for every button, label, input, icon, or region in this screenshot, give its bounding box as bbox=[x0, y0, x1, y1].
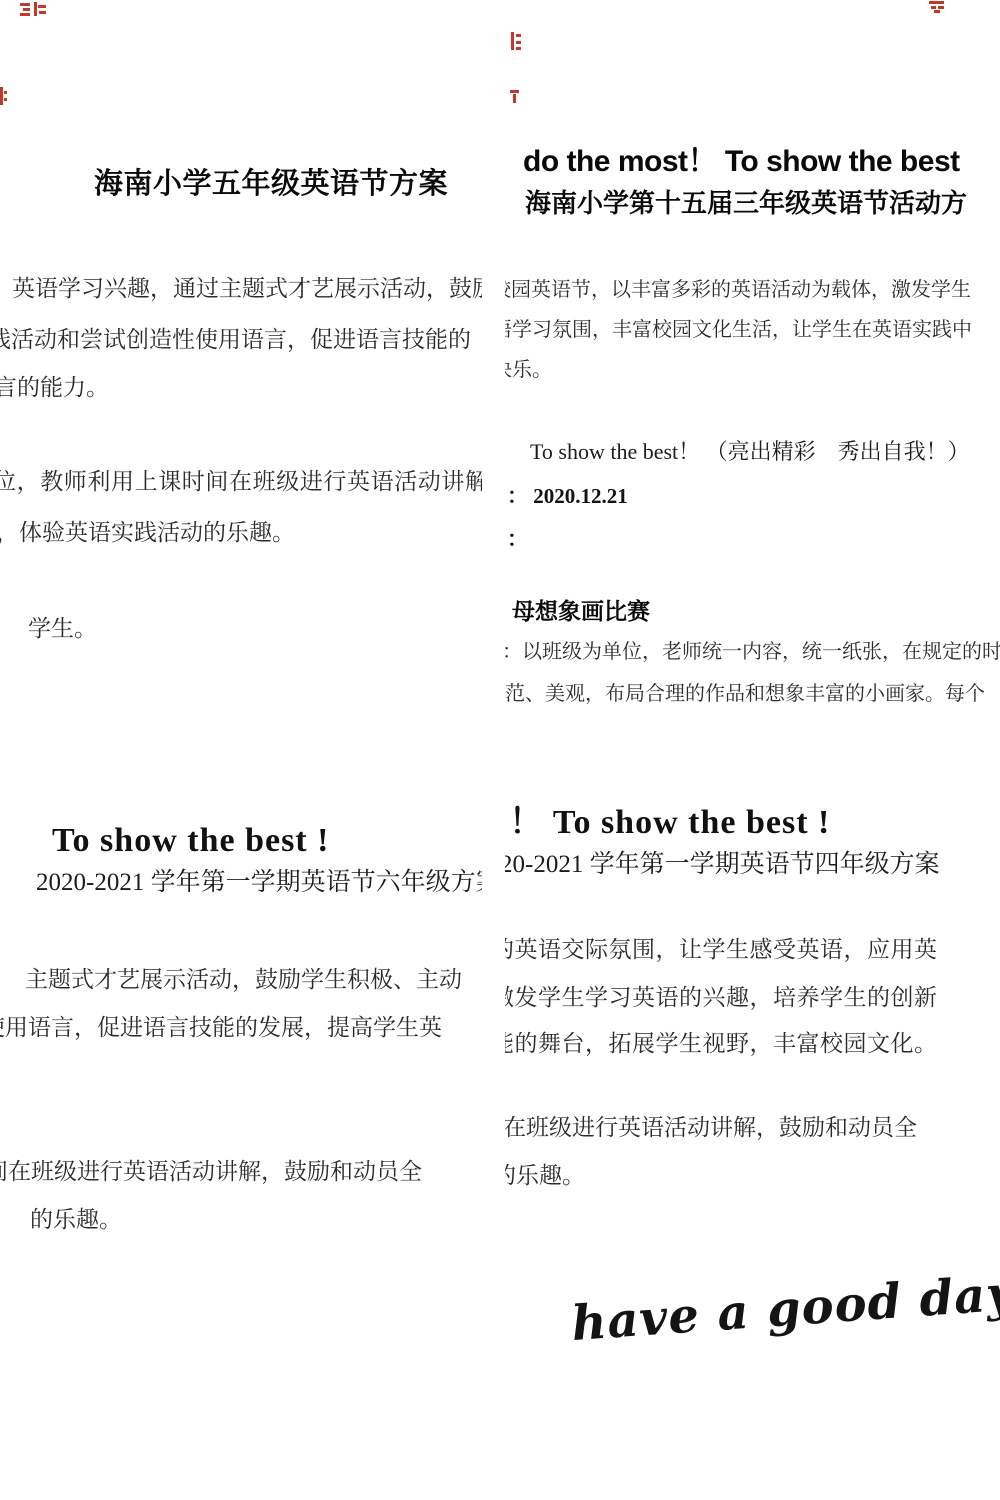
grade4-subtitle: 2020-2021 学年第一学期英语节四年级方案 bbox=[505, 852, 940, 877]
grade3-title-chinese: 海南小学第十五届三年级英语节活动方 bbox=[525, 191, 967, 217]
grade5-body-line: 践活动和尝试创造性使用语言，促进语言技能的 bbox=[0, 328, 471, 351]
grade3-intro-line: 校园英语节，以丰富多彩的英语活动为载体，激发学生 bbox=[505, 280, 971, 300]
grade3-colon: ： bbox=[507, 529, 528, 550]
grade3-intro-line: 快乐。 bbox=[505, 360, 552, 380]
grade3-slogan: To show the best！ （亮出精彩 秀出自我！） bbox=[530, 441, 970, 463]
grade6-body-line: 间在班级进行英语活动讲解，鼓励和动员全 bbox=[0, 1160, 422, 1183]
grade6-subtitle: 2020-2021 学年第一学期英语节六年级方案 bbox=[36, 870, 482, 895]
grade4-body-line: 激发学生学习英语的兴趣，培养学生的创新 bbox=[505, 986, 938, 1009]
red-watermark-fragment bbox=[510, 32, 522, 56]
grade5-title: 海南小学五年级英语节方案 bbox=[94, 170, 448, 199]
grade5-body-line: 学生。 bbox=[28, 617, 97, 640]
red-watermark-fragment bbox=[0, 87, 8, 111]
red-watermark-fragment bbox=[510, 90, 520, 109]
grade6-body-line: 的乐趣。 bbox=[30, 1208, 122, 1231]
grade4-body-line: 间在班级进行英语活动讲解，鼓励和动员全 bbox=[505, 1116, 917, 1139]
grade4-title: ！ To show the best ! bbox=[509, 806, 830, 840]
grade5-body-line: 位，教师利用上课时间在班级进行英语活动讲解 bbox=[0, 470, 482, 493]
document-grade6-plan: To show the best ! 2020-2021 学年第一学期英语节六年… bbox=[0, 760, 482, 1295]
grade3-date: ： 2020.12.21 bbox=[507, 486, 628, 507]
document-collage: 海南小学五年级英语节方案 英语学习兴趣，通过主题式才艺展示活动，鼓励 践活动和尝… bbox=[0, 0, 1000, 1500]
grade6-body-line: 使用语言，促进语言技能的发展，提高学生英 bbox=[0, 1016, 442, 1039]
document-grade4-plan: ！ To show the best ! 2020-2021 学年第一学期英语节… bbox=[505, 760, 1000, 1295]
document-grade5-plan: 海南小学五年级英语节方案 英语学习兴趣，通过主题式才艺展示活动，鼓励 践活动和尝… bbox=[0, 0, 482, 758]
grade4-body-line: 的英语交际氛围，让学生感受英语，应用英 bbox=[505, 938, 938, 961]
grade5-body-line: 英语学习兴趣，通过主题式才艺展示活动，鼓励 bbox=[12, 277, 482, 300]
document-grade3-plan: do the most！ To show the best 海南小学第十五届三年… bbox=[505, 0, 1000, 758]
grade3-intro-line: 语学习氛围，丰富校园文化生活，让学生在英语实践中 bbox=[505, 320, 972, 340]
red-watermark-fragment bbox=[929, 0, 945, 18]
grade5-body-line: ，体验英语实践活动的乐趣。 bbox=[0, 521, 295, 544]
grade3-detail-line: ：以班级为单位，老师统一内容，统一纸张，在规定的时 bbox=[505, 642, 1000, 662]
grade3-section-heading: 母想象画比赛 bbox=[512, 600, 650, 623]
red-watermark-fragment bbox=[20, 2, 47, 25]
grade6-title: To show the best ! bbox=[52, 824, 329, 858]
grade3-title-english: do the most！ To show the best bbox=[523, 147, 960, 177]
grade3-detail-line: 规范、美观，布局合理的作品和想象丰富的小画家。每个 bbox=[505, 684, 985, 704]
grade6-body-line: 主题式才艺展示活动，鼓励学生积极、主动 bbox=[25, 968, 462, 991]
grade5-body-line: 言的能力。 bbox=[0, 376, 109, 399]
grade4-body-line: 的乐趣。 bbox=[505, 1164, 585, 1187]
grade4-body-line: 能的舞台，拓展学生视野，丰富校园文化。 bbox=[505, 1032, 938, 1055]
